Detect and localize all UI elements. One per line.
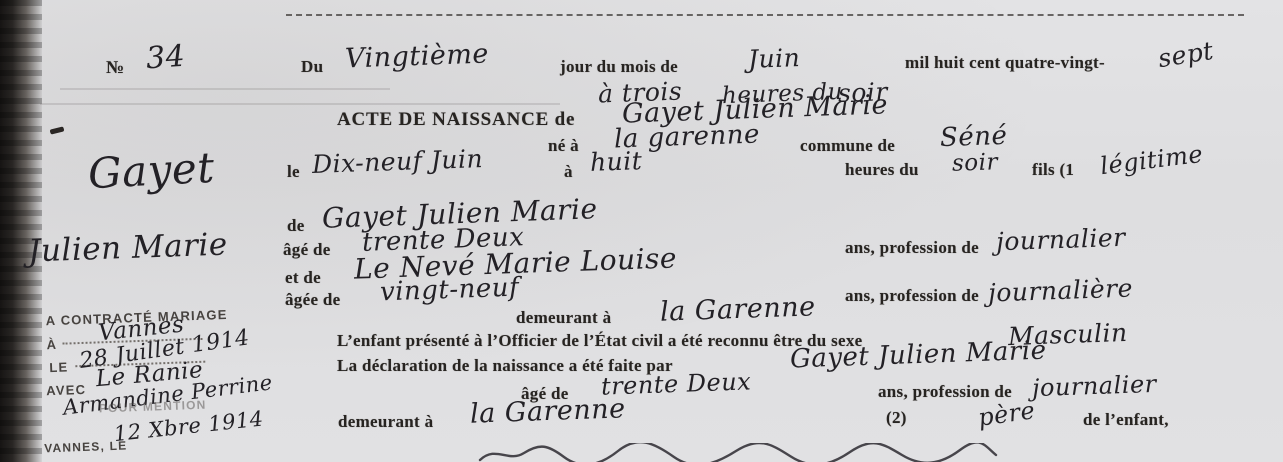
- date-line-year-hw: sept: [1156, 36, 1216, 73]
- mother-et-de: et de: [285, 268, 321, 288]
- sex-statement: L’enfant présenté à l’Officier de l’État…: [337, 331, 863, 351]
- birth-hour: huit: [590, 146, 643, 177]
- date-line-du: Du: [301, 57, 323, 77]
- top-dashed-rule: [286, 14, 1244, 16]
- declarant-prof-label: ans, profession de: [878, 382, 1012, 402]
- scan-streak: [60, 88, 390, 90]
- birthplace-ne-a: né à: [548, 136, 579, 156]
- scan-streak: [40, 103, 560, 105]
- date-line-month: Juin: [748, 43, 801, 74]
- declarant-suffix: de l’enfant,: [1083, 410, 1169, 430]
- birth-legitimate: légitime: [1099, 140, 1205, 180]
- cutoff-handwriting-fragment: [478, 443, 998, 462]
- residence-value: la Garenne: [660, 291, 817, 327]
- mother-prof-value: journalière: [988, 273, 1134, 307]
- act-number-label: №: [106, 57, 124, 78]
- birth-a: à: [564, 162, 573, 182]
- date-line-day: Vingtième: [345, 38, 490, 74]
- father-de: de: [287, 216, 305, 236]
- marriage-mention-stamp: A CONTRACTÉ MARIAGE À Vannes LE 28 Juill…: [35, 299, 300, 462]
- declarant-note-2: (2): [886, 408, 907, 428]
- mother-age-value: vingt-neuf: [380, 273, 520, 308]
- birth-date: Dix-neuf Juin: [312, 144, 484, 179]
- ink-mark: [50, 126, 65, 134]
- date-line-mid: jour du mois de: [560, 57, 678, 77]
- residence-label: demeurant à: [516, 308, 611, 328]
- declarant-prof-value: journalier: [1032, 370, 1158, 402]
- stamp-mention-line: POUR MENTION: [99, 398, 207, 416]
- declarant-residence-value: la Garenne: [470, 393, 627, 429]
- father-prof-value: journalier: [996, 223, 1127, 257]
- birth-heures: heures du: [845, 160, 919, 180]
- margin-surname: Gayet: [87, 143, 216, 199]
- declarant-residence-label: demeurant à: [338, 412, 433, 432]
- birth-le: le: [287, 162, 300, 182]
- stamp-a-label: À: [46, 337, 57, 352]
- margin-given-names: Julien Marie: [27, 227, 228, 270]
- act-number-value: 34: [145, 39, 187, 77]
- birth-fils: fils (1: [1032, 160, 1074, 180]
- father-age-label: âgé de: [283, 240, 331, 260]
- birth-record-scan: № 34 Du Vingtième jour du mois de Juin m…: [0, 0, 1283, 462]
- mother-prof-label: ans, profession de: [845, 286, 979, 306]
- stamp-le-label: LE: [49, 359, 69, 375]
- date-line-year-printed: mil huit cent quatre-vingt-: [905, 53, 1105, 73]
- birth-ampm: soir: [952, 149, 999, 177]
- book-binding-edge: [0, 0, 42, 462]
- commune-label: commune de: [800, 136, 895, 156]
- commune-value: Séné: [939, 121, 1007, 153]
- father-prof-label: ans, profession de: [845, 238, 979, 258]
- act-title: ACTE DE NAISSANCE de: [337, 109, 575, 131]
